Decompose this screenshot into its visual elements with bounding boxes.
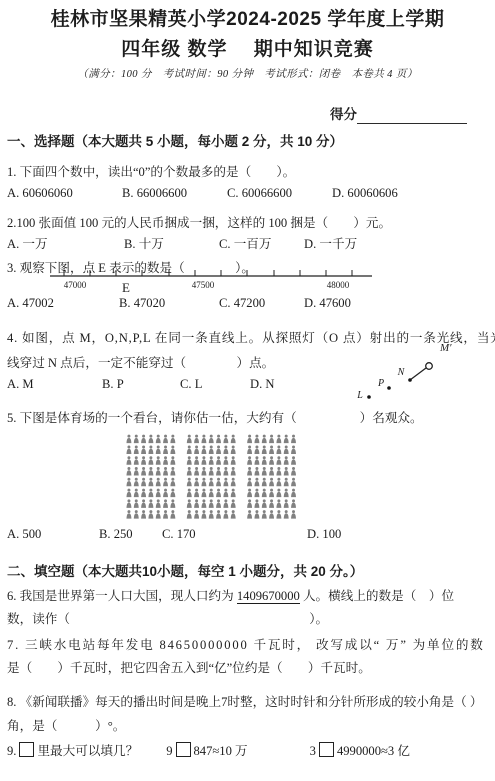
question-2-text: 2.100 张面值 100 元的人民币捆成一捆，这样的 100 捆是（ ）元。 [7,212,490,231]
section-2-heading: 二、填空题（本大题共10小题，每空 1 小题分，共 20 分。） [7,560,490,580]
option-a: A. 47002 [7,296,119,311]
diagram-point-l-dot [367,395,371,399]
question-5-options: A. 500B. 250C. 170D. 100 [7,527,490,542]
question-2-options: A. 一万B. 十万C. 一百万D. 一千万 [7,233,490,252]
fill-box-icon [19,742,34,757]
question-7-text-line1: 7. 三峡水电站每年发电 84650000000 千瓦时， 改写成以“ 万” 为… [7,634,490,653]
option-c: C. 60066600 [227,186,332,201]
numberline-label-point-e: E [122,280,130,295]
score-block: 得分 [330,103,467,124]
diagram-point-o-lamp [426,363,433,370]
question-9-item1-prefix: 9 [166,744,172,758]
option-c: C. 170 [162,527,307,542]
numberline-label-start: 47000 [64,280,87,290]
option-d: D. 47600 [304,296,351,311]
question-1-options: A. 60606060B. 66006600C. 60066600D. 6006… [7,186,490,201]
question-4-options: A. MB. PC. LD. N [7,377,490,392]
score-label: 得分 [330,107,357,122]
option-c: C. L [180,377,250,392]
question-9-item2-suffix: 4990000≈3 亿 [337,744,410,758]
question-8-text-line1: 8. 《新闻联播》每天的播出时间是晚上7时整，这时时针和分针所形成的较小角是（ … [7,691,490,710]
question-6-underlined-number: 1409670000 [237,589,300,604]
option-c: C. 47200 [219,296,304,311]
numberline-label-end: 48000 [327,280,350,290]
exam-page: 桂林市坚果精英小学2024-2025 学年度上学期 四年级 数学 期中知识竞赛 … [0,0,495,781]
numberline-label-middle: 47500 [192,280,215,290]
question-9-item2-prefix: 3 [310,744,316,758]
option-a: A. 60606060 [7,186,122,201]
option-c: C. 一百万 [219,233,304,252]
fill-box-icon [319,742,334,757]
diagram-label-m-prime: M′ [439,342,452,354]
question-6-post: 人。横线上的数是（ ）位 [300,589,454,603]
exam-meta: （满分：100 分 考试时间：90 分钟 考试形式：闭卷 本卷共 4 页） [0,66,495,81]
option-b: B. 66006600 [122,186,227,201]
fill-box-icon [176,742,191,757]
question-8-text-line2: 角，是（ ）°。 [7,715,490,734]
numberline-ticks [64,270,352,276]
option-b: B. P [102,377,180,392]
question-6-pre: 6. 我国是世界第一人口大国，现人口约为 [7,589,237,603]
section-1-heading: 一、选择题（本大题共 5 小题，每小题 2 分，共 10 分） [7,130,490,150]
question-6-text-line2: 数，读作（ ）。 [7,608,490,627]
question-5-text: 5. 下图是体育场的一个看台，请你估一估，大约有（ ）名观众。 [7,407,490,426]
option-b: B. 十万 [124,233,219,252]
question-6-text-line1: 6. 我国是世界第一人口大国，现人口约为 1409670000 人。横线上的数是… [7,585,490,604]
option-a: A. M [7,377,102,392]
question-3-options: A. 47002B. 47020C. 47200D. 47600 [7,296,490,311]
exam-title: 桂林市坚果精英小学2024-2025 学年度上学期 [0,4,495,31]
question-1-text: 1. 下面四个数中，读出“0”的个数最多的是（ ）。 [7,161,490,180]
question-7-text-line2: 是（ ）千瓦时，把它四舍五入到“亿”位约是（ ）千瓦时。 [7,657,490,676]
score-blank-line [357,111,467,124]
option-a: A. 500 [7,527,99,542]
option-b: B. 47020 [119,296,219,311]
stand-crowd-image [124,433,304,523]
option-d: D. 100 [307,527,341,542]
numberline-image: 47000 E 47500 48000 [48,267,378,299]
option-d: D. 一千万 [304,233,357,252]
option-d: D. 60060606 [332,186,398,201]
option-d: D. N [250,377,275,392]
exam-subtitle: 四年级 数学 期中知识竞赛 [0,34,495,61]
light-ray-diagram: M′ N P L [350,336,492,408]
option-b: B. 250 [99,527,162,542]
question-9-text: 里最大可以填几？ [37,744,138,758]
question-9-row: 9.里最大可以填几？9847≈10 万34990000≈3 亿 [7,740,490,759]
question-9-item1-suffix: 847≈10 万 [194,744,248,758]
option-a: A. 一万 [7,233,124,252]
question-9-number: 9. [7,744,16,758]
